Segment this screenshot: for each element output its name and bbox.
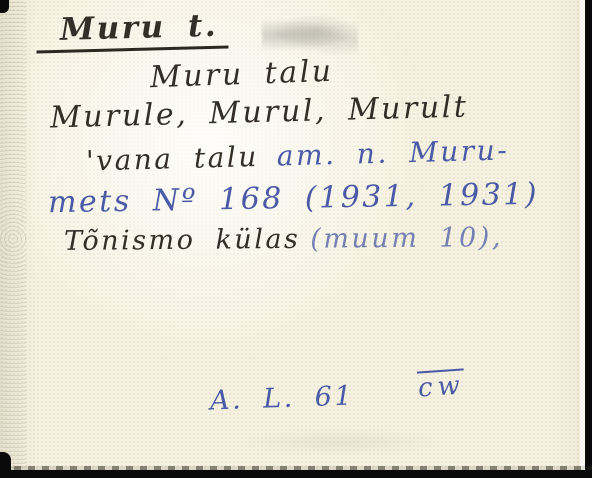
collector-signature-text: cw [417, 370, 466, 403]
line-village: Tõnismo külas(muum 10), [64, 222, 503, 257]
line-village-blue: (muum 10), [310, 222, 503, 255]
collector-code: A. L. 61 [210, 380, 355, 416]
pencil-smudge [262, 16, 358, 54]
collector-signature: cw [417, 370, 466, 403]
line-farm-name: Muru talu [149, 54, 334, 95]
scan-border-bottom [0, 470, 592, 478]
scan-border-right [585, 0, 592, 472]
scanned-index-card: Muru t. Muru talu Murule, Murul, Murult … [0, 0, 592, 478]
line-village-black: Tõnismo külas [64, 224, 301, 257]
line-case-forms: Murule, Murul, Murult [50, 90, 469, 136]
line-old-farm-note-black: 'vana talu [86, 140, 260, 178]
paper-stain [240, 430, 440, 454]
line-register-number: mets Nº 168 (1931, 1931) [48, 177, 540, 221]
line-old-farm-note: 'vana taluam. n. Muru- [86, 133, 510, 177]
scan-corner-bottom-left [0, 452, 11, 478]
left-edge-shading [0, 0, 26, 478]
card-title: Muru t. [35, 7, 228, 53]
line-old-farm-note-blue: am. n. Muru- [276, 133, 509, 172]
